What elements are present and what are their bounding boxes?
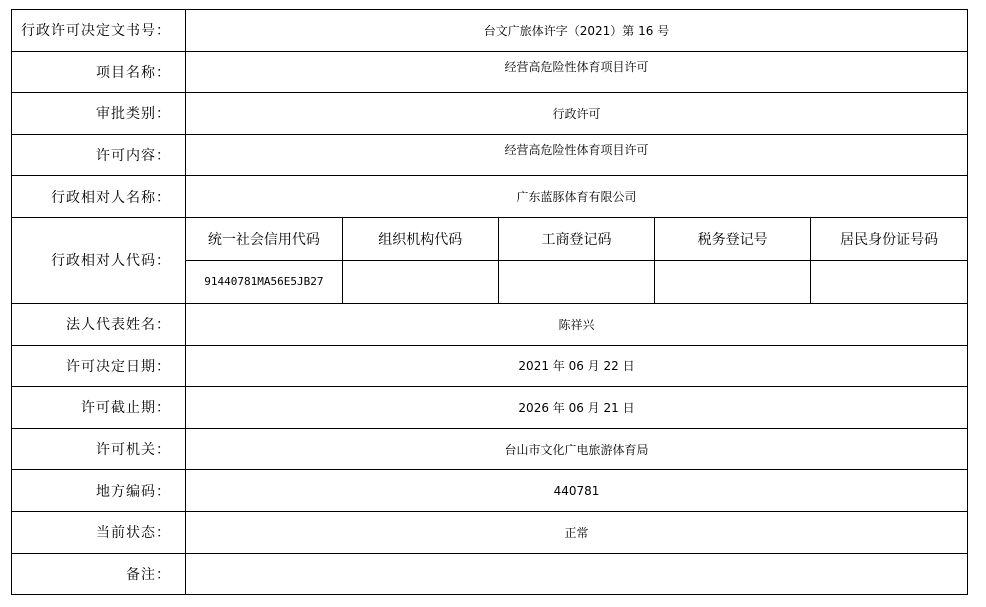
value-authority: 台山市文化广电旅游体育局 (186, 428, 968, 470)
label-approval-category: 审批类别： (12, 93, 186, 135)
value-unified-credit-code: 91440781MA56E5JB27 (186, 260, 342, 303)
header-unified-credit-code: 统一社会信用代码 (186, 218, 342, 261)
counterparty-code-subtable: 统一社会信用代码 组织机构代码 工商登记码 税务登记号 居民身份证号码 9144… (186, 218, 967, 303)
value-status: 正常 (186, 511, 968, 553)
header-id-card-number: 居民身份证号码 (811, 218, 967, 261)
label-license-content: 许可内容： (12, 134, 186, 176)
value-expiry-date: 2026 年 06 月 21 日 (186, 387, 968, 429)
label-decision-number: 行政许可决定文书号： (12, 10, 186, 52)
value-approval-category: 行政许可 (186, 93, 968, 135)
label-status: 当前状态： (12, 511, 186, 553)
label-decision-date: 许可决定日期： (12, 345, 186, 387)
row-remarks: 备注： (12, 553, 968, 595)
value-counterparty-name: 广东蓝豚体育有限公司 (186, 176, 968, 218)
value-legal-rep: 陈祥兴 (186, 303, 968, 345)
label-expiry-date: 许可截止期： (12, 387, 186, 429)
label-counterparty-name: 行政相对人名称： (12, 176, 186, 218)
value-business-reg-code (498, 260, 654, 303)
row-project-name: 项目名称： 经营高危险性体育项目许可 (12, 51, 968, 93)
label-project-name: 项目名称： (12, 51, 186, 93)
value-license-content: 经营高危险性体育项目许可 (186, 134, 968, 176)
row-legal-rep: 法人代表姓名： 陈祥兴 (12, 303, 968, 345)
header-tax-reg-number: 税务登记号 (655, 218, 811, 261)
value-tax-reg-number (655, 260, 811, 303)
value-project-name: 经营高危险性体育项目许可 (186, 51, 968, 93)
row-authority: 许可机关： 台山市文化广电旅游体育局 (12, 428, 968, 470)
row-approval-category: 审批类别： 行政许可 (12, 93, 968, 135)
value-decision-date: 2021 年 06 月 22 日 (186, 345, 968, 387)
license-info-table: 行政许可决定文书号： 台文广旅体许字（2021）第 16 号 项目名称： 经营高… (11, 9, 968, 595)
row-counterparty-code: 行政相对人代码： 统一社会信用代码 组织机构代码 工商登记码 税务登记号 居民身… (12, 217, 968, 303)
value-id-card-number (811, 260, 967, 303)
row-decision-number: 行政许可决定文书号： 台文广旅体许字（2021）第 16 号 (12, 10, 968, 52)
row-license-content: 许可内容： 经营高危险性体育项目许可 (12, 134, 968, 176)
label-remarks: 备注： (12, 553, 186, 595)
row-expiry-date: 许可截止期： 2026 年 06 月 21 日 (12, 387, 968, 429)
label-legal-rep: 法人代表姓名： (12, 303, 186, 345)
value-decision-number: 台文广旅体许字（2021）第 16 号 (186, 10, 968, 52)
row-local-code: 地方编码： 440781 (12, 470, 968, 512)
value-org-code (342, 260, 498, 303)
code-header-row: 统一社会信用代码 组织机构代码 工商登记码 税务登记号 居民身份证号码 (186, 218, 967, 261)
header-business-reg-code: 工商登记码 (498, 218, 654, 261)
row-counterparty-name: 行政相对人名称： 广东蓝豚体育有限公司 (12, 176, 968, 218)
label-authority: 许可机关： (12, 428, 186, 470)
counterparty-code-cell: 统一社会信用代码 组织机构代码 工商登记码 税务登记号 居民身份证号码 9144… (186, 217, 968, 303)
row-status: 当前状态： 正常 (12, 511, 968, 553)
row-decision-date: 许可决定日期： 2021 年 06 月 22 日 (12, 345, 968, 387)
value-local-code: 440781 (186, 470, 968, 512)
code-value-row: 91440781MA56E5JB27 (186, 260, 967, 303)
label-local-code: 地方编码： (12, 470, 186, 512)
label-counterparty-code: 行政相对人代码： (12, 217, 186, 303)
value-remarks (186, 553, 968, 595)
header-org-code: 组织机构代码 (342, 218, 498, 261)
